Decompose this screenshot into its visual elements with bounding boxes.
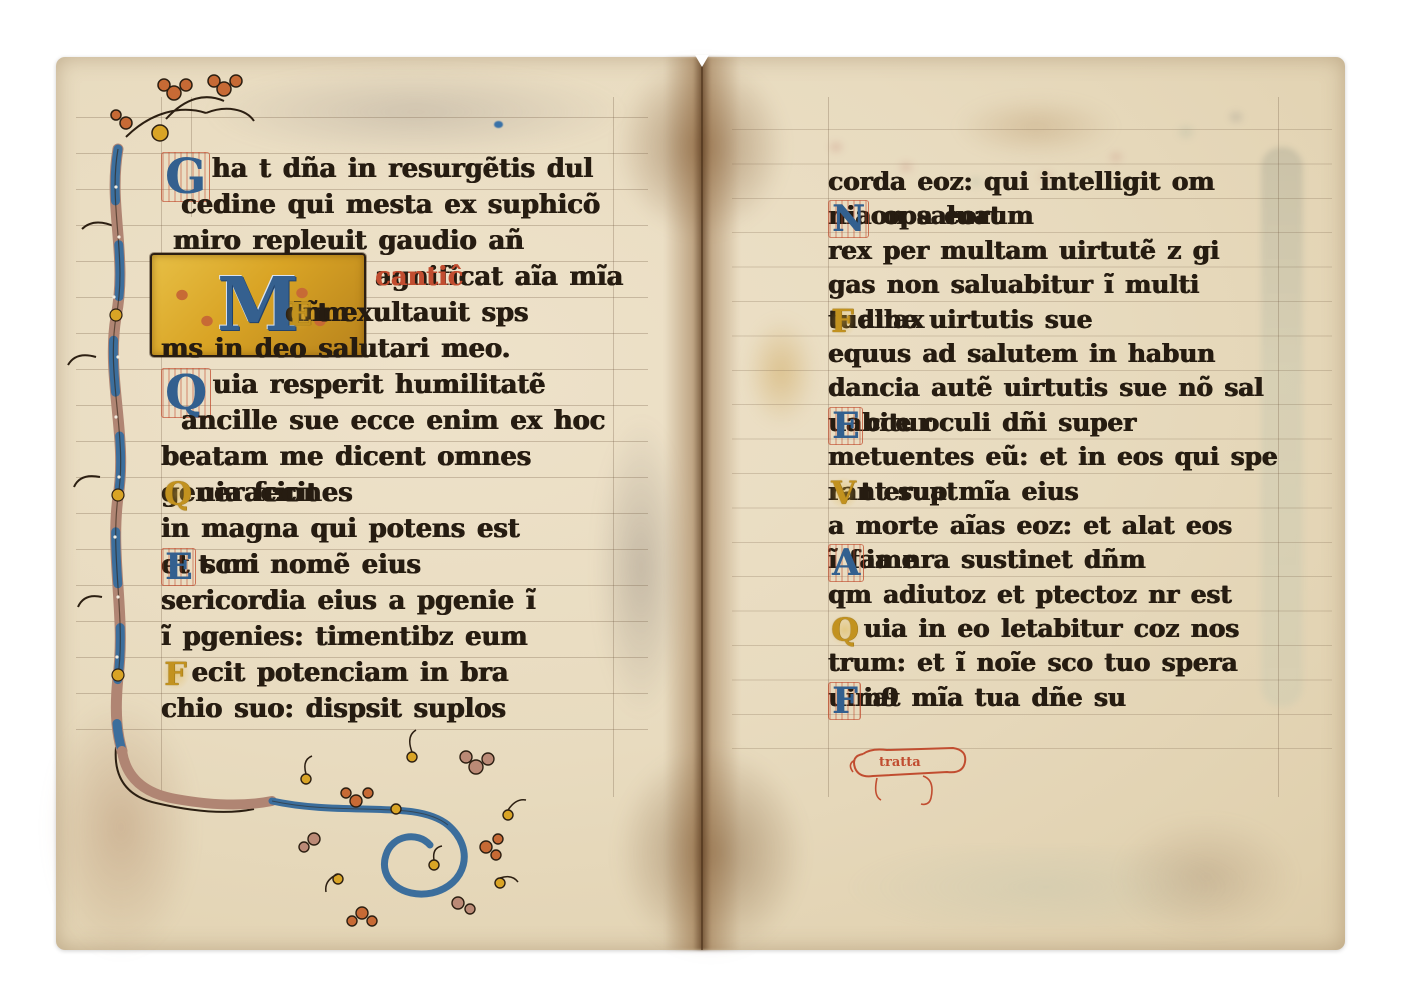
text-line: beatam me dicent omnes — [161, 440, 631, 476]
text-line: Quia resperit humilitatẽ — [161, 368, 631, 404]
penwork-initial: A — [828, 544, 864, 582]
script-text: on saluat — [871, 200, 1001, 232]
penwork-initial: E — [161, 548, 196, 586]
text-line: sericordia eius a pgenie ĩ — [161, 584, 631, 620]
catchword-penwork-banner: tratta — [849, 740, 979, 820]
script-text: trum: et ĩ noĩe sco tuo spera — [828, 647, 1237, 679]
text-line: tudine uirtutis sue Fallax — [828, 304, 1296, 338]
text-line: ĩ fame Aia nra sustinet dñm — [828, 544, 1296, 578]
text-line: ms in deo salutari meo. — [161, 332, 631, 368]
gold-initial: F — [828, 305, 857, 337]
text-line: et scm nomẽ eius Et mi — [161, 548, 631, 584]
text-line: nia opa eorum Non saluat — [828, 200, 1296, 234]
text-line: Fecit potenciam in bra — [161, 656, 631, 692]
script-text: metuentes eũ: et in eos qui spe — [828, 441, 1277, 473]
script-text: beatam me dicent omnes — [161, 440, 531, 474]
script-text: ĩ pgenies: timentibz eum — [161, 620, 527, 654]
script-text: in magna qui potens est — [161, 512, 519, 546]
script-text: ancille sue ecce enim ex hoc — [181, 404, 605, 438]
script-text: allax — [859, 304, 924, 336]
penwork-initial: N — [828, 200, 869, 238]
script-text: chio suo: dispsit suplos — [161, 692, 506, 726]
gold-initial: Q — [161, 478, 195, 510]
text-line: in magna qui potens est — [161, 512, 631, 548]
rubric-text: cantiĉ — [375, 260, 463, 294]
text-line: dancia autẽ uirtutis sue nõ sal — [828, 372, 1296, 406]
text-line: uim9 Fiat mĩa tua dñe su — [828, 682, 1296, 716]
script-text: t eruat — [861, 476, 958, 508]
text-line: generaciones Quia fecit — [161, 476, 631, 512]
script-text: corda eoz: qui intelligit om — [828, 166, 1214, 198]
script-text: iat mĩa tua dñe su — [863, 682, 1125, 714]
parchment-bifolium: M Gha t dña in resurgẽtis dulcedine qui … — [56, 57, 1345, 950]
catchword-text: tratta — [879, 755, 921, 770]
script-text: qm adiutoz et ptectoz nr est — [828, 579, 1232, 611]
script-text: ia nra sustinet dñm — [866, 544, 1146, 576]
script-text: ms in deo salutari meo. — [161, 332, 510, 366]
script-text: gas non saluabitur ĩ multi — [828, 269, 1199, 301]
gold-initial: Q — [828, 614, 862, 646]
script-text: rex per multam uirtutẽ z gi — [828, 235, 1219, 267]
script-text: sericordia eius a pgenie ĩ — [161, 584, 535, 618]
text-line: chio suo: dispsit suplos — [161, 692, 631, 728]
text-line: qm adiutoz et ptectoz nr est — [828, 579, 1296, 613]
text-line: agnificat aĩa mĩa cantiĉ — [161, 260, 631, 296]
script-text: ecit potenciam in bra — [192, 656, 509, 690]
text-line: Gha t dña in resurgẽtis dul — [161, 152, 631, 188]
script-text: t exultauit sps — [317, 296, 528, 330]
manuscript-photo: { "artifact": { "title": "Illuminated ma… — [0, 0, 1403, 1000]
text-line: dñm Et exultauit sps — [161, 296, 631, 332]
script-text: miro repleuit gaudio añ — [173, 224, 524, 258]
script-text: cedine qui mesta ex suphicõ — [181, 188, 600, 222]
gold-initial: F — [161, 658, 190, 690]
text-line: ancille sue ecce enim ex hoc — [161, 404, 631, 440]
script-text: uia in eo letabitur coz nos — [864, 613, 1239, 645]
right-page-text-block: corda eoz: qui intelligit omnia opa eoru… — [828, 166, 1296, 716]
script-text: uia resperit humilitatẽ — [213, 368, 546, 402]
script-text: t mi — [198, 548, 259, 582]
text-line: gas non saluabitur ĩ multi — [828, 269, 1296, 303]
penwork-initial: F — [828, 682, 861, 720]
gold-initial: V — [828, 477, 859, 509]
text-line: metuentes eũ: et in eos qui spe — [828, 441, 1296, 475]
text-line: ĩ pgenies: timentibz eum — [161, 620, 631, 656]
left-page-text-block: Gha t dña in resurgẽtis dulcedine qui me… — [161, 152, 631, 728]
script-text: ha t dña in resurgẽtis dul — [212, 152, 593, 186]
text-line: equus ad salutem in habun — [828, 338, 1296, 372]
script-text: dancia autẽ uirtutis sue nõ sal — [828, 372, 1263, 404]
gold-initial: E — [285, 298, 315, 330]
script-text: uia fecit — [197, 476, 318, 510]
penwork-initial: E — [828, 407, 863, 445]
text-line: rex per multam uirtutẽ z gi — [828, 235, 1296, 269]
text-line: corda eoz: qui intelligit om — [828, 166, 1296, 200]
text-line: cedine qui mesta ex suphicõ — [161, 188, 631, 224]
text-line: trum: et ĩ noĩe sco tuo spera — [828, 647, 1296, 681]
text-line: a morte aĩas eoz: et alat eos — [828, 510, 1296, 544]
script-text: cce oculi dñi super — [865, 407, 1136, 439]
script-text: equus ad salutem in habun — [828, 338, 1215, 370]
text-line: uabitur Ecce oculi dñi super — [828, 407, 1296, 441]
text-line: rant sup mĩa eius Vt eruat — [828, 476, 1296, 510]
text-line: miro repleuit gaudio añ — [161, 224, 631, 260]
text-line: Quia in eo letabitur coz nos — [828, 613, 1296, 647]
script-text: a morte aĩas eoz: et alat eos — [828, 510, 1232, 542]
